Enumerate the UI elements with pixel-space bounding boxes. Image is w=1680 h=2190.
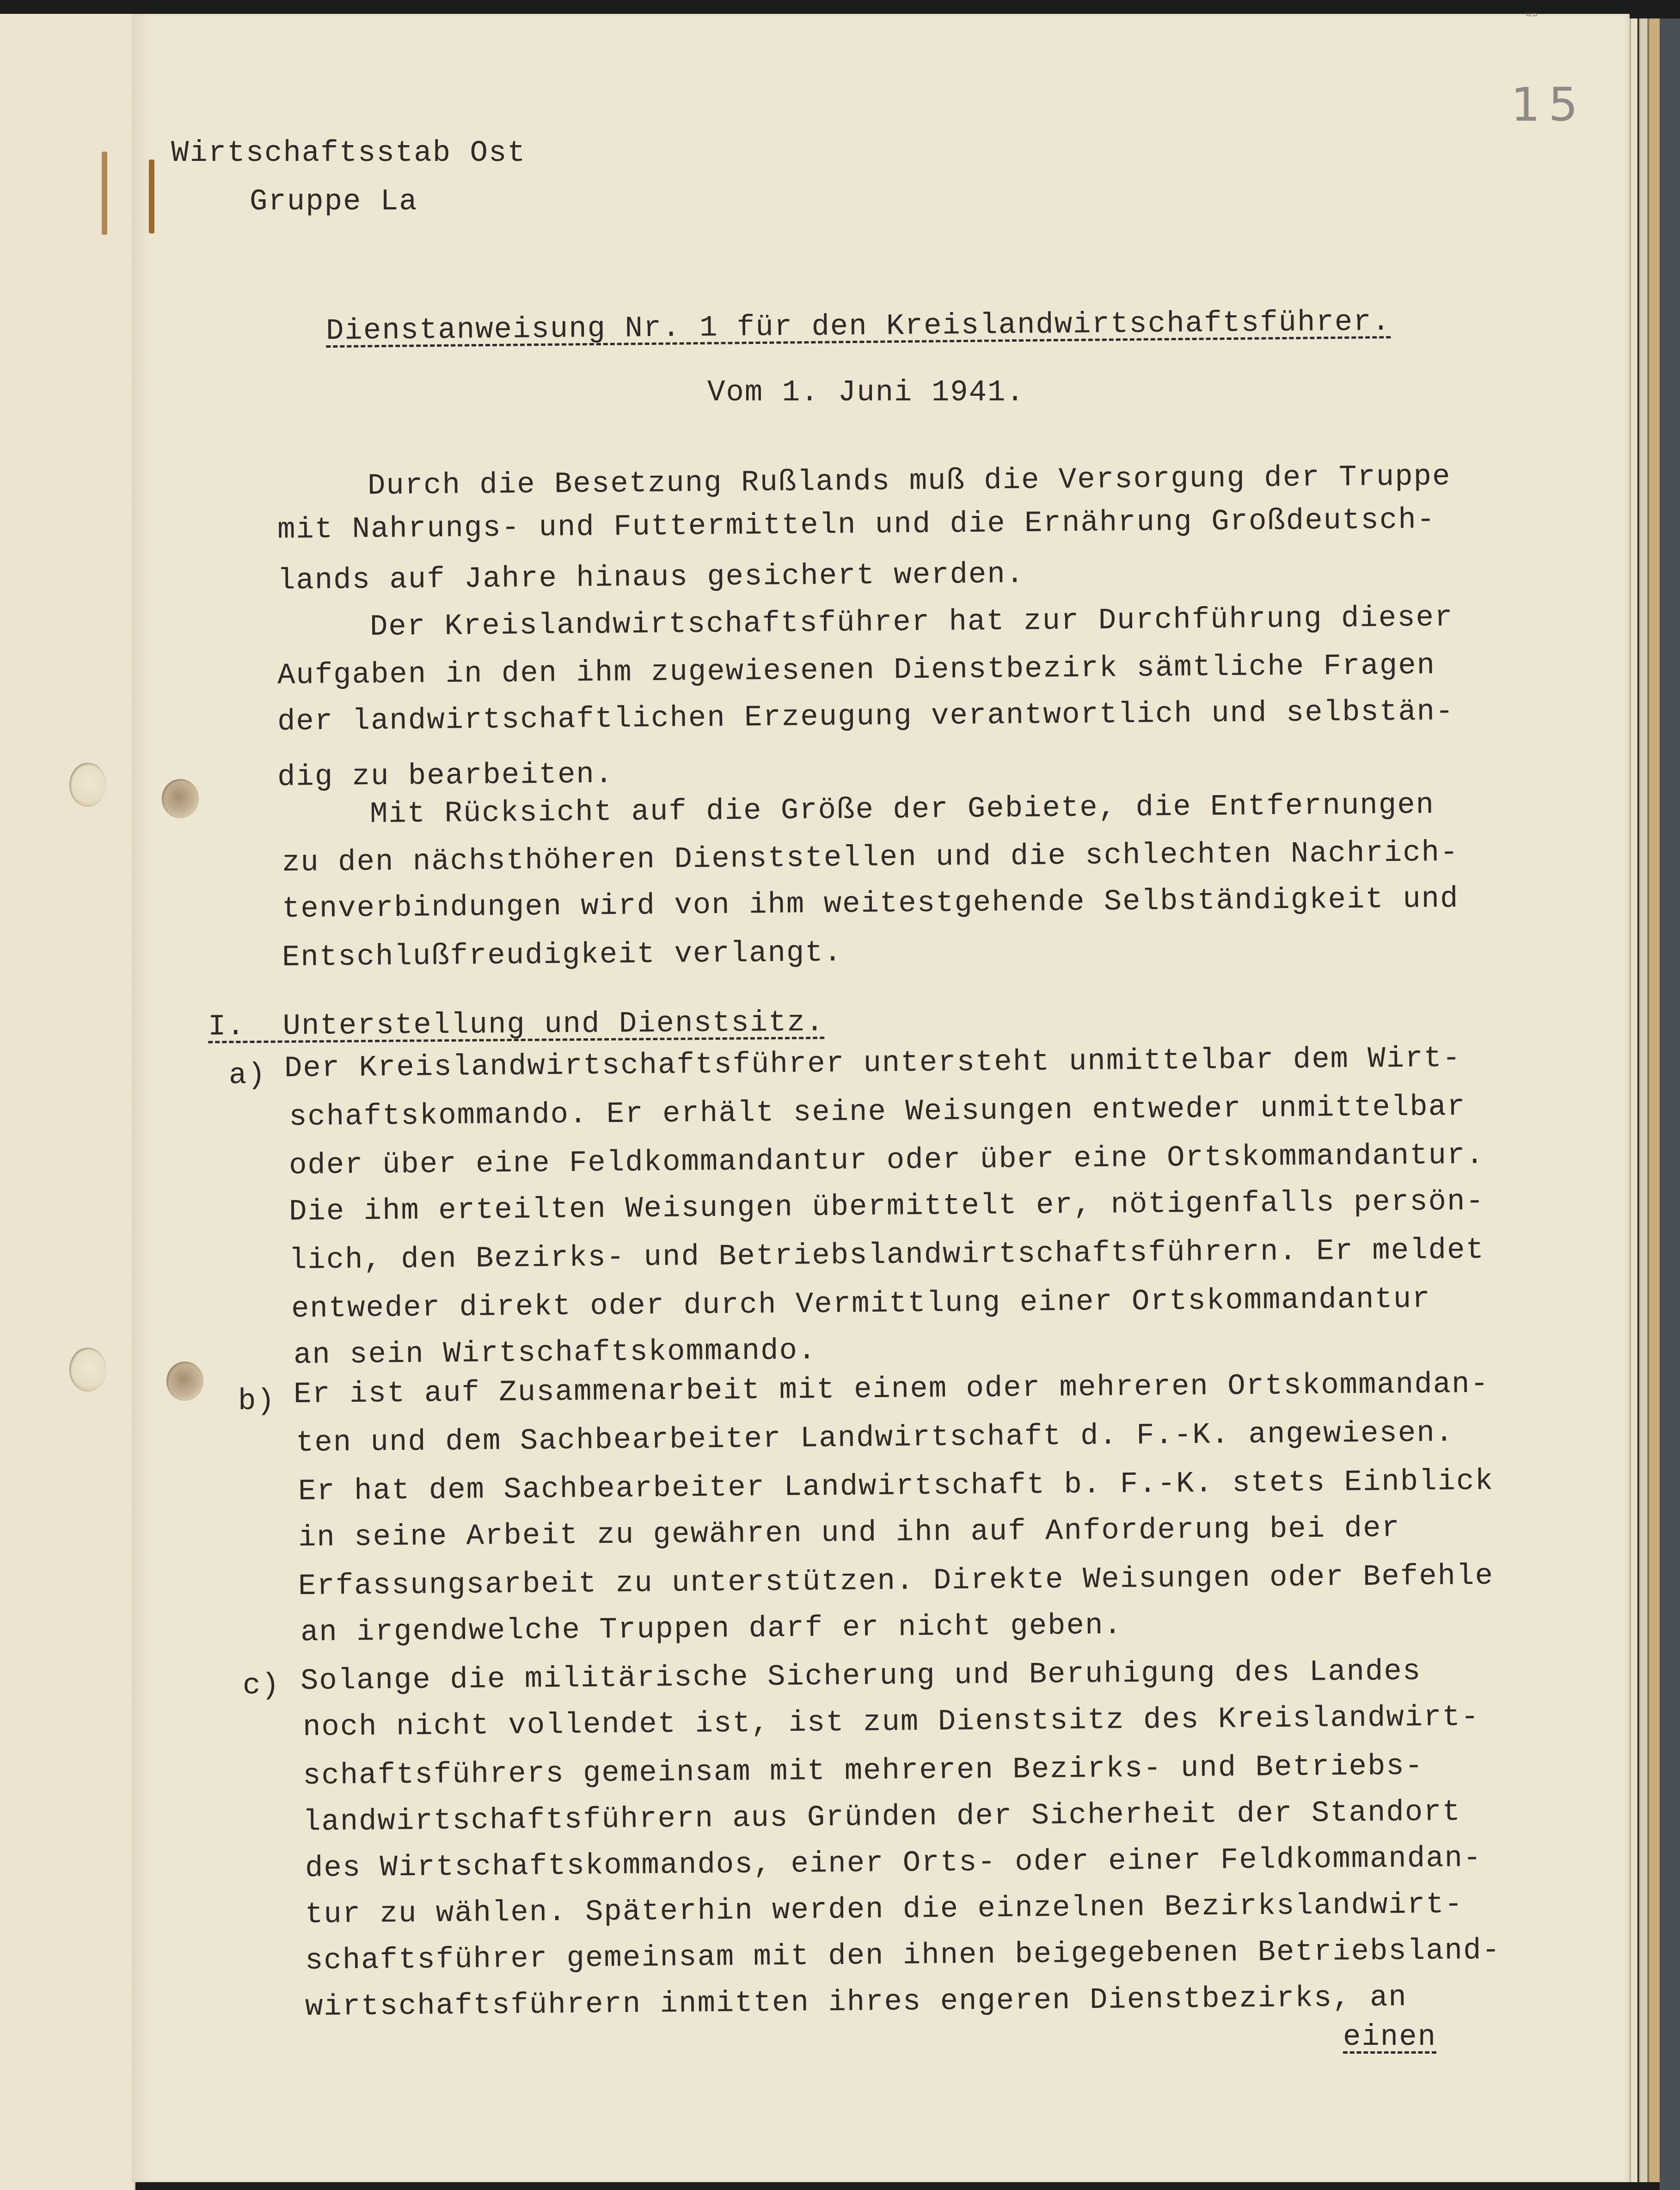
punch-hole [69, 763, 106, 807]
ink-stamp-mark: ᵘᵙ [1526, 8, 1553, 27]
item-marker-a: a) [229, 1061, 266, 1091]
page-number: 15 [1511, 78, 1586, 132]
org-header-line1: Wirtschaftsstab Ost [171, 139, 526, 168]
text-line: Entschlußfreudigkeit verlangt. [282, 938, 843, 973]
item-marker-c: c) [243, 1671, 280, 1701]
text-line: lands auf Jahre hinaus gesichert werden. [277, 560, 1025, 596]
binder-cover [1660, 18, 1680, 2190]
text-line: an sein Wirtschaftskommando. [294, 1336, 817, 1370]
punch-hole [69, 1348, 106, 1392]
page-edge [1630, 18, 1637, 2182]
punch-hole [166, 1362, 203, 1401]
punch-hole [162, 779, 199, 818]
text-line: an irgendwelche Truppen darf er nicht ge… [300, 1611, 1122, 1648]
staple-rust-mark [149, 159, 154, 233]
section-heading: I. Unterstellung und Dienstsitz. [208, 1008, 825, 1042]
page-edge [1639, 18, 1648, 2182]
catchword: einen [1343, 2023, 1436, 2052]
page-edge [1648, 18, 1661, 2182]
org-header-line2: Gruppe La [250, 187, 418, 217]
text-line: dig zu bearbeiten. [277, 760, 614, 792]
document-date: Vom 1. Juni 1941. [707, 378, 1025, 408]
staple-rust-mark [102, 152, 107, 235]
item-marker-b: b) [238, 1387, 276, 1417]
previous-page-edge [0, 14, 135, 2190]
